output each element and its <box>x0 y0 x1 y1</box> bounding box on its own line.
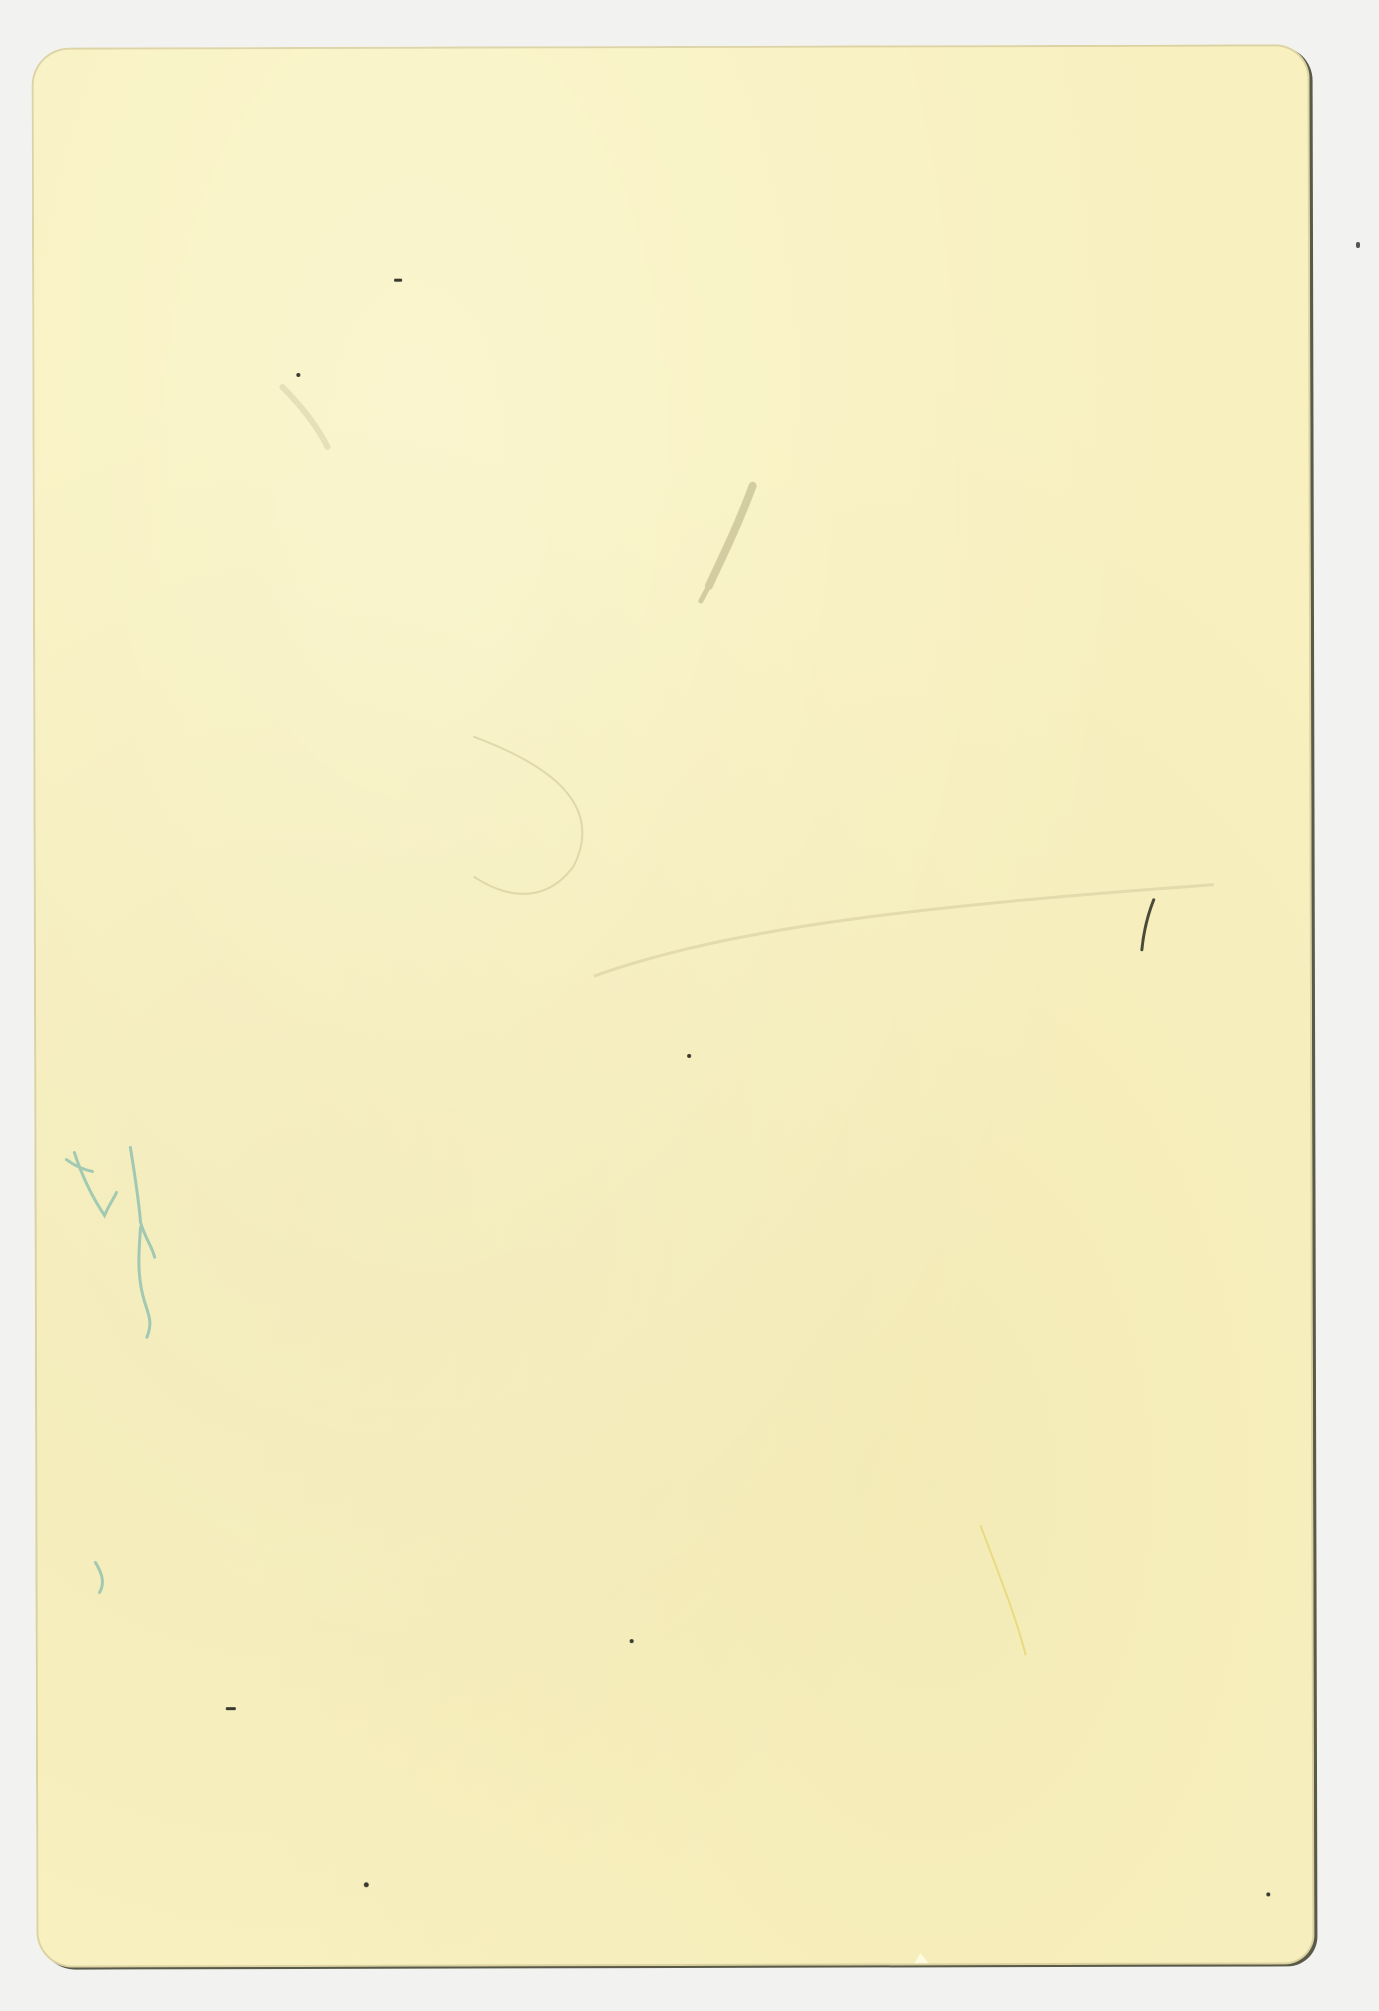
crease-line-icon <box>980 1525 1025 1655</box>
speck-dots-icon <box>222 276 1270 1899</box>
graphite-smudge-icon <box>282 386 753 602</box>
faint-curve-icon <box>473 736 582 894</box>
pencil-scribble-icon <box>66 1147 155 1592</box>
ink-stroke-icon <box>1142 900 1154 950</box>
edge-notch-icon <box>914 1953 928 1963</box>
faint-line-icon <box>594 885 1214 977</box>
card-marks <box>31 44 1314 1967</box>
photo-card-back <box>31 44 1314 1967</box>
